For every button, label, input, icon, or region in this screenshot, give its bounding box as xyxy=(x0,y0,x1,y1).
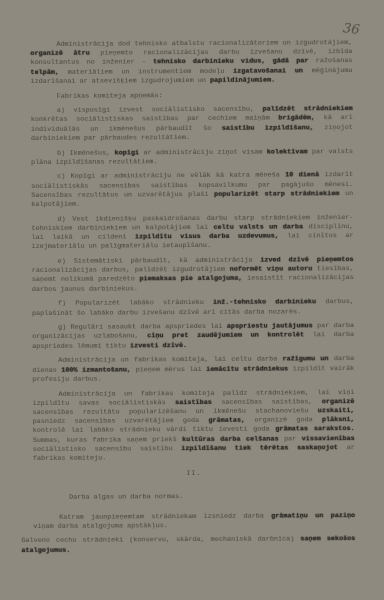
typewriter-dark-text: izgatavošanai un xyxy=(233,67,303,75)
typewriter-dark-text: gādā par xyxy=(273,58,309,66)
typewriter-dark-text: ražīgumu un xyxy=(282,356,328,364)
typewriter-text: ar administrāciju ziņot visam xyxy=(139,148,267,157)
typewriter-dark-text: brigādēm, xyxy=(278,115,315,123)
typewriter-dark-text: palīdzēt strādniekiem xyxy=(263,105,353,114)
typewriter-dark-text: celtu valsts un darba xyxy=(213,223,303,232)
typewriter-dark-text: izpildīšanu tiek tērētas saskaņojot xyxy=(181,444,338,453)
typewriter-text: sacensības saistības, xyxy=(212,398,322,407)
typewriter-dark-text: izvesti dzīvē. xyxy=(130,342,187,350)
typewriter-dark-text: 10 dienā xyxy=(285,172,319,180)
typewriter-text: e) Sistemātiski pārbaudīt, kā administrā… xyxy=(58,257,261,266)
list-item-b: b) Ikmēnešus, kopīgi ar administrāciju z… xyxy=(31,148,353,168)
administration-paragraph-1: Administrācija un fabrikas komiteja, lai… xyxy=(32,355,354,385)
typewriter-dark-text: iemācītu strādniekus xyxy=(206,365,288,374)
typewriter-dark-text: piemaksas pie atalgojuma, xyxy=(139,275,242,284)
document-page: 36 Administrācija dod tehnisko atbalstu … xyxy=(0,0,384,600)
wages-paragraph-2: Galveno cechu strādnieki (konservu, skār… xyxy=(21,535,355,555)
typewriter-text: a) vispusīgi izvest sociālistisko sacens… xyxy=(57,106,263,115)
wages-paragraph-1: Katram jaunpieņemtam strādniekam izsnied… xyxy=(33,512,355,532)
typewriter-text: organizē goda xyxy=(245,416,322,424)
typewriter-text: ražošanas xyxy=(308,57,352,65)
typewriter-dark-text: organizē xyxy=(322,398,355,406)
typewriter-dark-text: cīņu pret zaudējumiem un kontrolēt xyxy=(147,332,304,341)
typewriter-text: g) Regulāri sasaukt darba apspriedes lai xyxy=(58,323,227,332)
typewriter-dark-text: kultūras darba celšanas xyxy=(182,435,279,444)
section-heading-komiteja: Fabrikas komiteja apņemās: xyxy=(31,91,353,102)
typewriter-text: Administrācija un fabrikas komiteja, lai… xyxy=(58,356,282,365)
typewriter-dark-text: telpām, xyxy=(30,68,59,76)
typewriter-text: b) Ikmēnešus, xyxy=(57,149,115,157)
typewriter-text: konkrētas sociālistiskas saistības par c… xyxy=(31,115,279,125)
list-item-d: d) Vest ikdienišķu paskaidrošanas darbu … xyxy=(31,214,353,253)
typewriter-text: pasniedz sacensības uzvarētājiem goda xyxy=(33,417,209,426)
list-item-f: f) Popularizēt labāko strādnieku inž.-te… xyxy=(32,298,354,318)
typewriter-dark-text: izpildītu visus darba uzdevumus, xyxy=(135,233,279,242)
typewriter-dark-text: 100% izmantošanu, xyxy=(61,366,131,374)
typewriter-text: racionalizācijas darbus, palīdzēt izgudr… xyxy=(32,266,230,275)
list-item-e: e) Sistemātiski pārbaudīt, kā administrā… xyxy=(32,256,354,295)
typewriter-dark-text: grāmatiņu un paziņo xyxy=(271,512,355,521)
list-item-g: g) Regulāri sasaukt darba apspriedes lai… xyxy=(32,322,354,352)
typewriter-dark-text: izved dzīvē pieņemtos xyxy=(260,256,353,265)
typewriter-text: Fabrikas komiteja apņemās: xyxy=(57,92,163,101)
typewriter-text: f) Popularizēt labāko strādnieku xyxy=(58,299,213,308)
typewriter-text: pieņem mērus lai xyxy=(131,366,206,374)
section-number-heading: II. xyxy=(33,469,355,480)
typewriter-text: c) Kopīgi ar administrāciju ne vēlāk kā … xyxy=(57,172,285,181)
typewriter-text: viņam darba atalgojuma apstākļus. xyxy=(33,522,168,531)
typewriter-dark-text: kolektīvam xyxy=(267,148,308,156)
typewriter-text: sociālistisko sacensību saistību xyxy=(33,445,182,454)
typewriter-dark-text: grāmatas, xyxy=(208,417,245,425)
typewriter-text: Summas, kuras fabrika saņem priekš xyxy=(33,436,182,445)
typewriter-dark-text: vissavienības xyxy=(302,435,355,443)
typewriter-text: sacensības rezultātu popularizēšanu un i… xyxy=(32,407,317,417)
typewriter-dark-text: organizē ātru xyxy=(30,50,89,58)
typewriter-text: par xyxy=(279,435,302,443)
typewriter-dark-text: saistības xyxy=(175,399,212,407)
typewriter-text: Galveno cechu strādnieki (konservu, skār… xyxy=(21,536,300,546)
document-content: Administrācija dod tehnisko atbalstu rac… xyxy=(0,0,384,562)
typewriter-dark-text: inž.-tehnisko darbinieku xyxy=(213,299,316,308)
typewriter-dark-text: noformēt viņu autoru xyxy=(230,266,313,275)
intro-paragraph: Administrācija dod tehnisko atbalstu rac… xyxy=(30,39,352,87)
typewriter-dark-text: papildinājumiem. xyxy=(210,76,275,84)
typewriter-text: materiāliem un instrumentiem modeļu xyxy=(59,67,233,76)
typewriter-dark-text: popularizēt starp strādniekiem xyxy=(214,190,339,199)
list-item-c: c) Kopīgi ar administrāciju ne vēlāk kā … xyxy=(31,171,353,210)
administration-paragraph-2: Administrācija un fabrikas komiteja palī… xyxy=(32,389,354,465)
section-heading-algas: Darba algas un darba normas. xyxy=(33,492,355,503)
typewriter-dark-text: saistību izpildīšanu, xyxy=(222,124,314,133)
typewriter-dark-text: tehnisko darbinieku vidus, xyxy=(153,58,265,67)
typewriter-text: II. xyxy=(186,470,201,478)
typewriter-dark-text: grāmatas sarakstos. xyxy=(275,425,354,433)
typewriter-dark-text: plāksni, xyxy=(322,416,355,424)
list-item-a: a) vispusīgi izvest sociālistisko sacens… xyxy=(31,105,353,144)
typewriter-dark-text: apspriestu jautājumus xyxy=(227,323,313,332)
typewriter-text: kontrolē lai labāko strādnieku vārdi tik… xyxy=(33,426,276,435)
typewriter-dark-text: uzskaiti, xyxy=(318,407,355,415)
typewriter-dark-text: kopīgi xyxy=(115,149,140,157)
typewriter-text: Katram jaunpieņemtam strādniekam izsnied… xyxy=(59,512,271,521)
typewriter-text: Darba algas un darba normas. xyxy=(69,493,183,502)
